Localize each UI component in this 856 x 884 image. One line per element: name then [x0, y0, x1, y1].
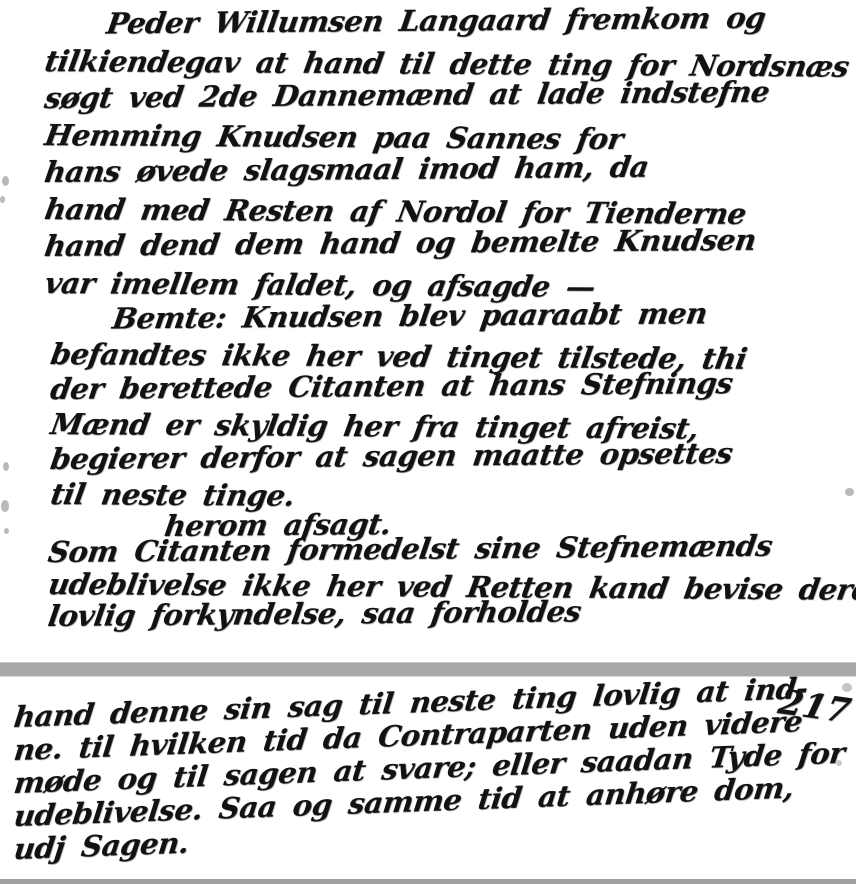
handwriting-line: hand dend dem hand og bemelte Knudsen — [42, 221, 853, 265]
handwriting-line: til neste tinge. — [48, 477, 749, 517]
handwriting-line: lovlig forkyndelse, saa forholdes — [46, 593, 856, 632]
paragraph-2: Bemte: Knudsen blev paaraabt men befandt… — [48, 302, 744, 512]
page-section-bottom: 217 hand denne sin sag til neste ting lo… — [0, 677, 856, 879]
scan-noise-speck — [845, 488, 854, 496]
handwriting-line: Peder Willumsen Langaard fremkom og — [42, 0, 853, 43]
handwriting-line: søgt ved 2de Dannemænd at lade indstefne — [42, 73, 853, 117]
page-section-top: Peder Willumsen Langaard fremkom og tilk… — [0, 0, 856, 662]
scan-noise-speck — [1, 500, 9, 512]
scan-noise-speck — [0, 196, 5, 203]
handwriting-line: hans øvede slagsmaal imod ham, da — [42, 147, 853, 191]
paragraph-1: Peder Willumsen Langaard fremkom og tilk… — [42, 6, 846, 302]
handwriting-line: begierer derfor at sagen maatte opsettes — [48, 436, 750, 477]
scan-noise-speck — [836, 760, 842, 766]
handwriting-line: Som Citanten formedelst sine Stefnemænds — [46, 529, 856, 568]
paragraph-3: Som Citanten formedelst sine Stefnemænds… — [46, 536, 856, 632]
scan-noise-speck — [4, 528, 9, 534]
scan-noise-speck — [2, 176, 9, 186]
handwriting-line: Bemte: Knudsen blev paaraabt men — [48, 296, 750, 337]
scan-bottom-edge — [0, 879, 856, 884]
paragraph-4: hand denne sin sag til neste ting lovlig… — [12, 701, 838, 866]
scan-noise-speck — [3, 462, 9, 471]
manuscript-scan: Peder Willumsen Langaard fremkom og tilk… — [0, 0, 856, 884]
handwriting-line: der berettede Citanten at hans Stefnings — [48, 366, 750, 407]
scan-noise-speck — [842, 683, 852, 692]
